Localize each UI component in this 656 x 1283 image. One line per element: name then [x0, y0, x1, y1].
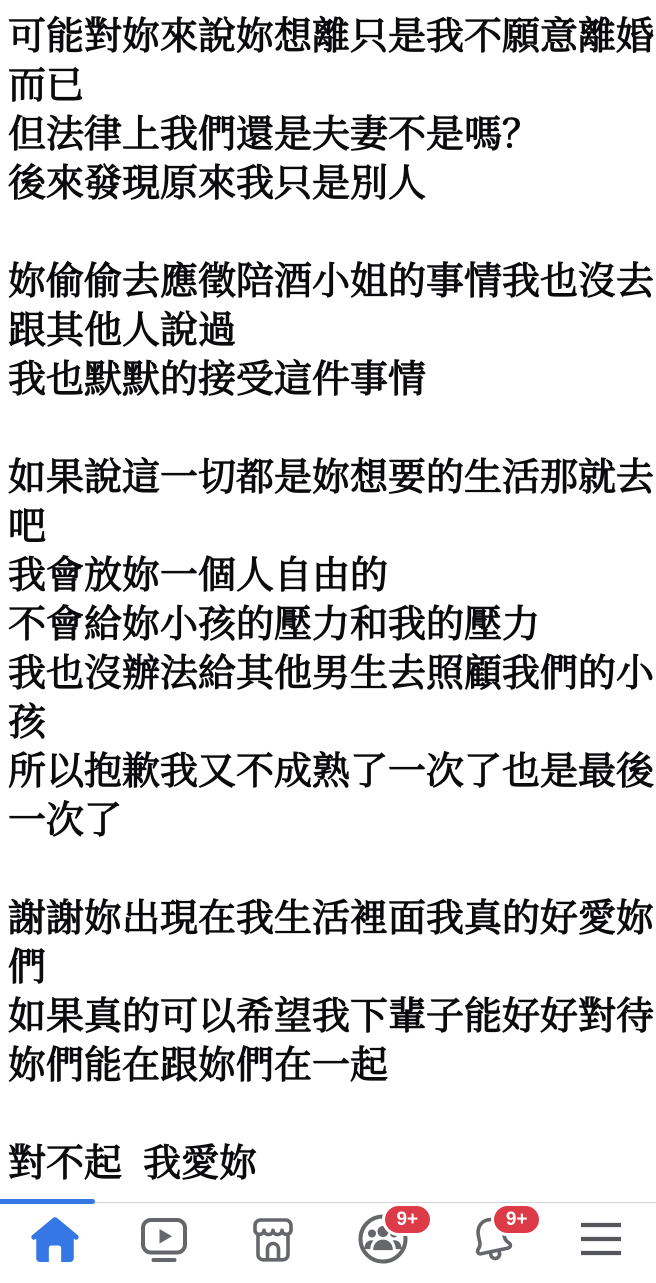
post-line: 如果真的可以希望我下輩子能好好對待	[8, 993, 650, 1042]
post-line: 如果說這一切都是妳想要的生活那就去	[8, 454, 650, 503]
post-line: 後來發現原來我只是別人	[8, 160, 650, 209]
tab-notifications[interactable]: 9+	[437, 1203, 546, 1283]
tab-groups[interactable]: 9+	[328, 1203, 437, 1283]
post-line: 我也默默的接受這件事情	[8, 356, 650, 405]
tab-menu[interactable]	[547, 1203, 656, 1283]
post-line: 而已	[8, 62, 650, 111]
post-line: 可能對妳來說妳想離只是我不願意離婚	[8, 13, 650, 62]
post-line: 妳們能在跟妳們在一起	[8, 1042, 650, 1091]
post-line: 妳偷偷去應徵陪酒小姐的事情我也沒去	[8, 258, 650, 307]
post-line: 吧	[8, 503, 650, 552]
home-icon	[28, 1212, 82, 1266]
post-line	[8, 405, 650, 454]
tab-marketplace[interactable]	[219, 1203, 328, 1283]
post-line	[8, 1091, 650, 1140]
tab-bar: 9+ 9+	[0, 1202, 656, 1283]
menu-icon	[574, 1212, 628, 1266]
post-line: 對不起 我愛妳	[8, 1140, 650, 1189]
post-text: 可能對妳來說妳想離只是我不願意離婚而已但法律上我們還是夫妻不是嗎？後來發現原來我…	[0, 0, 656, 1189]
post-line: 不會給妳小孩的壓力和我的壓力	[8, 601, 650, 650]
post-line: 我也沒辦法給其他男生去照顧我們的小	[8, 650, 650, 699]
post-line	[8, 209, 650, 258]
tab-home[interactable]	[0, 1203, 109, 1283]
post-line: 我會放妳一個人自由的	[8, 552, 650, 601]
post-line: 們	[8, 944, 650, 993]
post-line: 一次了	[8, 797, 650, 846]
post-line: 但法律上我們還是夫妻不是嗎？	[8, 111, 650, 160]
notification-badge: 9+	[494, 1206, 539, 1233]
tab-watch[interactable]	[109, 1203, 218, 1283]
post-line: 所以抱歉我又不成熟了一次了也是最後	[8, 748, 650, 797]
post-line	[8, 846, 650, 895]
post-line: 孩	[8, 699, 650, 748]
post-line: 跟其他人說過	[8, 307, 650, 356]
marketplace-icon	[246, 1212, 300, 1266]
watch-icon	[137, 1212, 191, 1266]
notification-badge: 9+	[385, 1206, 430, 1233]
post-line: 謝謝妳出現在我生活裡面我真的好愛妳	[8, 895, 650, 944]
